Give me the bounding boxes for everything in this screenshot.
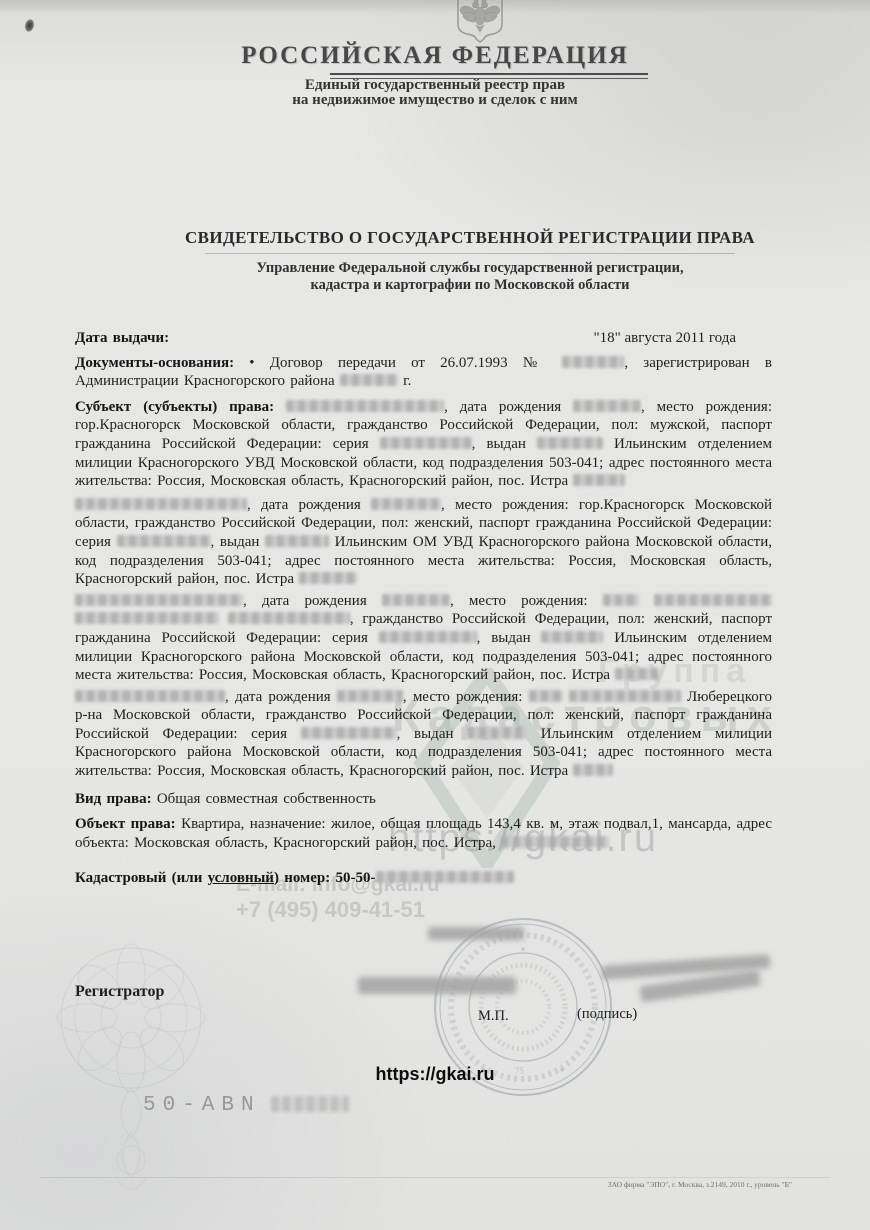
redacted-text [501, 836, 609, 848]
redacted-registrar-name [358, 977, 516, 994]
redacted-text [299, 572, 357, 584]
redacted-text [371, 498, 441, 510]
redacted-text [228, 612, 350, 624]
paragraph-subject-3: , дата рождения , место рождения: , граж… [75, 592, 772, 685]
redacted-stamp-text [428, 927, 524, 940]
authority-line1: Управление Федеральной службы государств… [150, 260, 790, 277]
paragraph-cadastral-number: Кадастровый (или условный) номер: 50-50- [75, 869, 772, 888]
redacted-text [265, 535, 329, 547]
signature-caption: (подпись) [577, 1006, 637, 1023]
document-title: СВИДЕТЕЛЬСТВО О ГОСУДАРСТВЕННОЙ РЕГИСТРА… [185, 228, 755, 247]
redacted-text [340, 374, 398, 386]
redacted-serial-digits [271, 1096, 349, 1112]
redacted-text [117, 535, 211, 547]
certificate-scan-page: РОССИЙСКАЯ ФЕДЕРАЦИЯ Единый государствен… [0, 0, 870, 1230]
paragraph-right-object: Объект права: Квартира, назначение: жило… [75, 815, 772, 852]
title-underline [205, 253, 735, 254]
paragraph-subject-4: , дата рождения , место рождения: Любере… [75, 688, 772, 781]
redacted-text [75, 594, 243, 606]
registrar-label: Регистратор [75, 983, 164, 1001]
paragraph-subject-2: , дата рождения , место рождения: гор.Кр… [75, 496, 772, 589]
redacted-text [529, 690, 563, 702]
redacted-text [376, 871, 514, 883]
redacted-text [301, 727, 397, 739]
redacted-text [541, 631, 603, 643]
gkai-url-text: https://gkai.ru [0, 1064, 870, 1085]
certificate-serial: 50-ABN [143, 1094, 349, 1117]
redacted-text [380, 437, 472, 449]
redacted-text [562, 356, 624, 368]
registry-line1: Единый государственный реестр прав [0, 78, 870, 93]
redacted-text [537, 437, 603, 449]
print-shop-info: ЗАО фирма "ЭПО", г. Москва, з.2149, 2010… [0, 1180, 792, 1189]
stamp-place-label: М.П. [478, 1008, 509, 1025]
redacted-text [603, 594, 639, 606]
redacted-text [75, 498, 247, 510]
registry-name: Единый государственный реестр прав на не… [0, 78, 870, 108]
issuing-authority: Управление Федеральной службы государств… [150, 260, 790, 294]
redacted-text [379, 631, 477, 643]
document-body: Дата выдачи: "18" августа 2011 года Доку… [75, 329, 772, 888]
redacted-text [382, 594, 450, 606]
issue-date-value: "18" августа 2011 года [593, 329, 736, 348]
redacted-text [75, 690, 225, 702]
issue-date-label: Дата выдачи: [75, 329, 169, 348]
redacted-text [569, 690, 681, 702]
redacted-text [573, 400, 641, 412]
footer-rule [40, 1177, 830, 1178]
serial-prefix: 50-ABN [143, 1094, 261, 1117]
redacted-text [573, 764, 613, 776]
authority-line2: кадастра и картографии по Московской обл… [150, 277, 790, 294]
scan-speck [24, 18, 36, 33]
country-name: РОССИЙСКАЯ ФЕДЕРАЦИЯ [0, 42, 870, 70]
paragraph-right-type: Вид права: Общая совместная собственност… [75, 790, 772, 809]
russia-coat-of-arms-icon [451, 0, 509, 44]
redacted-text [286, 400, 444, 412]
redacted-text [573, 474, 625, 486]
issue-date-row: Дата выдачи: "18" августа 2011 года [75, 329, 772, 348]
redacted-text [337, 690, 403, 702]
redacted-text [654, 594, 772, 606]
paragraph-subject-1: Субъект (субъекты) права: , дата рождени… [75, 398, 772, 491]
watermark-phone: +7 (495) 409-41-51 [236, 897, 425, 923]
redacted-text [467, 727, 527, 739]
paragraph-documents-basis: Документы-основания: • Договор передачи … [75, 354, 772, 391]
document-title-wrap: СВИДЕТЕЛЬСТВО О ГОСУДАРСТВЕННОЙ РЕГИСТРА… [150, 228, 790, 248]
redacted-text [75, 612, 219, 624]
redacted-text [615, 668, 659, 680]
registry-line2: на недвижимое имущество и сделок с ним [0, 93, 870, 108]
